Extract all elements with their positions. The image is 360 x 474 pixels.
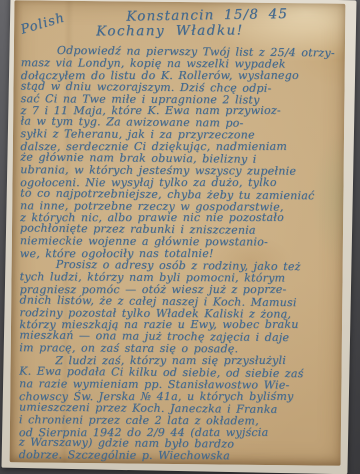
letter-body: Odpowiedź na pierwszy Twój list z 25/4 o…	[19, 44, 338, 462]
letter-line: pochłonięte przez rabunki i zniszczenia	[20, 222, 337, 237]
letter-line: Odpowiedź na pierwszy Twój list z 25/4 o…	[21, 43, 338, 58]
letter-line: ła w tym tyg. Za awizowane nam po-	[20, 115, 337, 130]
letter-line: stąd w dniu wczorajszym. Dziś chcę odpi-	[21, 79, 338, 94]
letter-card: Polish Konstancin 15/8 45 Kochany Władku…	[10, 0, 346, 465]
letter-line: z Warszawy) gdzie nam było bardzo	[19, 436, 336, 451]
letter-line: Prosisz o adresy osób z rodziny, jako te…	[20, 258, 337, 273]
letter-line: że głównie nam brak obuwia, bielizny i	[20, 151, 337, 166]
letter-line: umieszczeni przez Koch. Janeczka i Frank…	[19, 400, 336, 415]
letter-line: K. Ewa podała Ci kilku od siebie, od sie…	[19, 365, 336, 380]
language-annotation: Polish	[19, 10, 67, 37]
letter-salutation: Kochany Władku!	[96, 22, 244, 39]
letter-line: mieszkań — ona ma już trochę zajęcia i d…	[19, 329, 336, 344]
letter-line: to co najpotrzebniejsze, chyba żeby tu z…	[20, 186, 337, 201]
letter-line: dnich listów, że z całej naszej i Koch. …	[19, 293, 336, 308]
photo-background: { "colors": { "backdrop": "#4e4e51", "pa…	[0, 0, 360, 474]
letter-line: dobrze. Szczególnie p. Wiechowska	[19, 448, 336, 462]
letter-line: ubrania, w których jesteśmy wszyscy zupe…	[20, 163, 337, 177]
